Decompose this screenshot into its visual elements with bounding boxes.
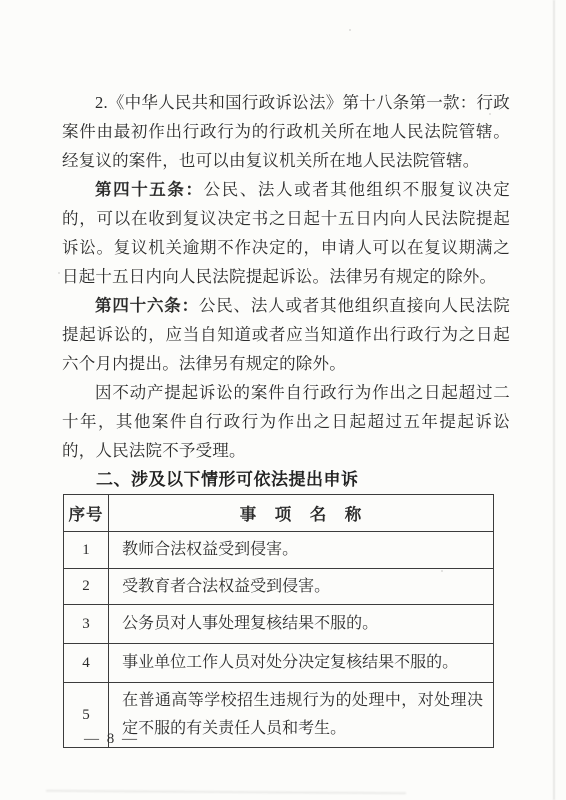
row-number-cell: 2	[64, 569, 109, 605]
appeal-table: 序号 事 项 名 称 1 教师合法权益受到侵害。 2 受教育者合法权益受到侵害。…	[63, 494, 494, 748]
col-header-item: 事 项 名 称	[109, 495, 494, 532]
table-row: 1 教师合法权益受到侵害。	[64, 532, 494, 569]
scan-edge-shadow	[553, 0, 555, 800]
item-name-cell: 公务员对人事处理复核结果不服的。	[109, 605, 494, 644]
scan-speck	[58, 272, 60, 274]
row-number-cell: 1	[64, 532, 109, 569]
table-header-row: 序号 事 项 名 称	[64, 495, 494, 532]
body-paragraph: 2.《中华人民共和国行政诉讼法》第十八条第一款：行政案件由最初作出行政行为的行政…	[62, 88, 510, 175]
table-row: 2 受教育者合法权益受到侵害。	[64, 569, 494, 605]
scan-speck	[349, 29, 351, 31]
col-header-no: 序号	[64, 495, 109, 532]
body-paragraph: 第四十五条：公民、法人或者其他组织不服复议决定的，可以在收到复议决定书之日起十五…	[62, 175, 510, 291]
row-number-cell: 3	[64, 605, 109, 644]
document-body: 2.《中华人民共和国行政诉讼法》第十八条第一款：行政案件由最初作出行政行为的行政…	[62, 88, 510, 748]
body-paragraph: 第四十六条：公民、法人或者其他组织直接向人民法院提起诉讼的，应当自知道或者应当知…	[62, 291, 510, 378]
item-name-cell: 受教育者合法权益受到侵害。	[109, 569, 494, 605]
item-name-cell: 在普通高等学校招生违规行为的处理中，对处理决定不服的有关责任人员和考生。	[109, 683, 494, 748]
table-row: 3 公务员对人事处理复核结果不服的。	[64, 605, 494, 644]
table-row: 4 事业单位工作人员对处分决定复核结果不服的。	[64, 644, 494, 683]
article-number-lead: 第四十五条：	[95, 180, 204, 199]
paragraph-text: 因不动产提起诉讼的案件自行政行为作出之日起超过二十年，其他案件自行政行为作出之日…	[62, 383, 510, 460]
item-name-cell: 事业单位工作人员对处分决定复核结果不服的。	[109, 644, 494, 683]
body-paragraph: 因不动产提起诉讼的案件自行政行为作出之日起超过二十年，其他案件自行政行为作出之日…	[62, 378, 510, 465]
section-heading: 二、涉及以下情形可依法提出申诉	[62, 465, 510, 494]
item-name-cell: 教师合法权益受到侵害。	[109, 532, 494, 569]
document-page: 2.《中华人民共和国行政诉讼法》第十八条第一款：行政案件由最初作出行政行为的行政…	[0, 0, 566, 800]
row-number-cell: 4	[64, 644, 109, 683]
paragraph-text: 2.《中华人民共和国行政诉讼法》第十八条第一款：行政案件由最初作出行政行为的行政…	[62, 93, 510, 170]
scan-bottom-streak	[46, 790, 406, 795]
page-number: — 8 —	[84, 731, 139, 748]
article-number-lead: 第四十六条：	[95, 296, 199, 315]
